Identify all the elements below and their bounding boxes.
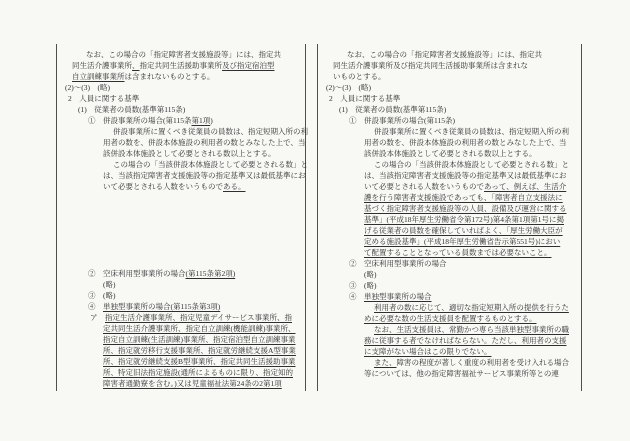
text-line: に支障がない場合はこの限りでない。 [318,346,581,357]
text-line: いて必要とされる人数をいうものであって、例えば、生活介 [318,181,581,192]
text-segment: (1) 従業者の員数(基準第115条) [78,105,185,114]
text-line: 所、特定旧法指定施設(通所によるものに限り、指定知的 [57,367,305,378]
text-line: (2)～(3) (略) [57,82,305,93]
text-segment: ア [90,313,105,322]
amended-text-segment: 所、指定就労移行支援事業所、指定就労継続支援A型事業 [103,346,296,355]
text-segment: なお、この場合の「指定障害者支援施設等」には、指定共 [347,50,542,59]
text-segment: は、当該指定障害者支援施設等の指定基準又は最低基準にお [103,171,306,180]
text-line: げる従業者の員数を確保していればよく、「厚生労働大臣が [318,225,581,236]
text-line: めに必要な数の生活支援員を配置するものとする。 [318,313,581,324]
amended-text-segment: 所、特定旧法指定施設(通所によるものに限り、指定知的 [103,368,293,377]
text-line: 等については、他の指定障害福祉サービス事業所等との連 [318,368,581,379]
text-line: 併設事業所に置くべき従業員の員数は、指定短期入所の利 [318,126,581,137]
amended-text-segment: (第115条第2項) [186,269,236,278]
text-segment: 同生活介護事業所 [72,61,132,70]
text-line: 定共同生活介護事業所、指定自立訓練(機能訓練)事業所、 [57,323,305,334]
comparison-column-right: なお、この場合の「指定障害者支援施設等」には、指定共同生活介護事業所及び指定共同… [317,44,582,391]
text-line: この場合の「当該併設本体施設として必要とされる数」と [318,159,581,170]
amended-text-segment: 障害者通勤寮を含む。)又は児童福祉法第24条の2第1項 [103,379,282,388]
text-line: ② 空床利用型事業所の場合 [318,258,581,269]
text-segment: 2 人員に関する基準 [329,94,400,103]
text-segment: は含まれないものとする。 [125,72,215,81]
text-line: 自立訓練事業所は含まれないものとする。 [57,71,305,82]
amended-text-segment: に支障がない場合はこの限りでない。 [364,347,492,356]
text-line: ④ 単独型事業所の場合 [318,291,581,302]
amended-text-segment: 所、指定就労継続支援B型事業所、指定共同生活援助事業 [103,357,296,366]
text-segment: ) [210,116,213,125]
text-line: いて必要とされる人数をいうものである。 [57,181,305,192]
text-line: て配置することとなっている員数までは必要ないこと。 [318,247,581,258]
text-line: 該併設本体施設として必要とされる数以上とする。 [57,148,305,159]
amended-text-segment: 指定自立訓練(生活訓練)事業所、指定宿泊型自立訓練事業 [103,335,296,344]
text-segment: この場合の「当該併設本体施設として必要とされる数」と [113,160,308,169]
text-segment: いて必要とされる人数をいうもので [364,182,484,191]
text-segment: 指定共同生活援助事業所 [140,61,223,70]
text-segment: 同生活介護事業所及び指定共同生活援助事業所は含まれな [333,61,528,70]
text-line: 護を行う障害者支援施設であっても、「障害者自立支援法に [318,192,581,203]
text-segment: ④ [349,292,364,301]
scanned-document-page: なお、この場合の「指定障害者支援施設等」には、指定共同生活介護事業所、指定共同生… [0,0,630,441]
text-line: 所、指定就労継続支援B型事業所、指定共同生活援助事業 [57,356,305,367]
text-line: なお、この場合の「指定障害者支援施設等」には、指定共 [57,49,305,60]
amended-text-segment: 単独型事業所の場合(第115条第3項) [103,302,220,311]
amended-text-segment: 務に従事する者でなければならない。ただし、利用者の支援 [364,336,567,345]
text-line: 同生活介護事業所及び指定共同生活援助事業所は含まれな [318,60,581,71]
text-segment: ② 空床利用型事業所の場合 [88,269,186,278]
text-line: (2)～(3) (略) [318,82,581,93]
text-line: ① 併設事業所の場合(第115条第1項) [57,115,305,126]
amended-text-segment: 指定生活介護事業所、指定児童デイサービス事業所、指 [105,313,292,322]
amended-text-segment: 第1項 [191,116,210,125]
comparison-column-left: なお、この場合の「指定障害者支援施設等」には、指定共同生活介護事業所、指定共同生… [56,44,306,391]
text-segment: ② 空床利用型事業所の場合 [349,259,447,268]
amended-text-segment: めに必要な数の生活支援員を配置するものとする。 [364,314,537,323]
text-segment: なお、この場合の「指定障害者支援施設等」には、指定共 [86,50,281,59]
text-line: ④ 単独型事業所の場合(第115条第3項) [57,301,305,312]
text-line: 指定自立訓練(生活訓練)事業所、指定宿泊型自立訓練事業 [57,334,305,345]
text-line: (1) 従業者の員数(基準第115条) [318,104,581,115]
text-segment: (略) [364,270,377,279]
amended-text-segment: 定共同生活介護事業所、指定自立訓練(機能訓練)事業所、 [103,324,296,333]
text-line: 定める施設基準」(平成18年厚生労働省告示第551号)におい [318,236,581,247]
text-line: は、当該指定障害者支援施設等の指定基準又は最低基準にお [318,170,581,181]
text-line: この場合の「当該併設本体施設として必要とされる数」と [57,159,305,170]
text-line: また、障害の程度が著しく重度の利用者を受け入れる場合 [318,357,581,368]
text-line: ③ (略) [57,290,305,301]
amended-text-segment: て配置することとなっている員数までは必要ないこと。 [364,248,552,257]
text-segment: ① 併設事業所の場合(第115条) [349,116,455,125]
text-segment: 該併設本体施設として必要とされる数以上とする。 [364,149,537,158]
text-line: ② 空床利用型事業所の場合(第115条第2項) [57,268,305,279]
text-line: 同生活介護事業所、指定共同生活援助事業所及び指定宿泊型 [57,60,305,71]
text-segment: この場合の「当該併設本体施設として必要とされる数」と [374,160,569,169]
text-segment: 等については、他の指定障害福祉サービス事業所等との連 [364,369,559,378]
amended-text-segment: ある。 [223,182,246,191]
text-segment: 併設事業所に置くべき従業員の員数は、指定短期入所の利 [113,127,308,136]
text-line: (略) [318,269,581,280]
amended-text-segment: 護を行う障害者支援施設であっても、「障害者自立支援法に [364,193,563,202]
amended-text-segment: げる従業者の員数を確保していればよく、「厚生労働大臣が [364,226,563,235]
text-segment: 併設事業所に置くべき従業員の員数は、指定短期入所の利 [374,127,569,136]
text-segment: 該併設本体施設として必要とされる数以上とする。 [103,149,276,158]
text-segment: は、当該指定障害者支援施設等の指定基準又は最低基準にお [364,171,567,180]
text-line: ③ (略) [318,280,581,291]
text-segment: 障害の程度が著しく重度の利用者を受け入れる場合 [397,358,570,367]
amended-text-segment: 利用者の数に応じて、適切な指定短期入所の提供を行うた [374,303,569,312]
text-line: 用者の数を、併設本体施設の利用者の数とみなした上で、当 [57,137,305,148]
text-segment: (2)～(3) (略) [65,83,110,92]
text-segment: (略) [103,280,116,289]
text-line: なお、生活支援員は、常勤かつ専ら当該単独型事業所の職 [318,324,581,335]
amended-text-segment: 単独型事業所の場合 [364,292,432,301]
text-line: 用者の数を、併設本体施設の利用者の数とみなした上で、当 [318,137,581,148]
amended-text-segment: 及び指定宿泊型 [222,61,275,70]
text-line: は、当該指定障害者支援施設等の指定基準又は最低基準にお [57,170,305,181]
text-line: 利用者の数に応じて、適切な指定短期入所の提供を行うた [318,302,581,313]
text-line: 障害者通勤寮を含む。)又は児童福祉法第24条の2第1項 [57,378,305,389]
text-segment: いものとする。 [333,72,386,81]
text-line: 該併設本体施設として必要とされる数以上とする。 [318,148,581,159]
text-line: (1) 従業者の員数(基準第115条) [57,104,305,115]
text-line: 2 人員に関する基準 [57,93,305,104]
text-segment: 用者の数を、併設本体施設の利用者の数とみなした上で、当 [364,138,566,147]
amended-text-segment: なお、生活支援員は、常勤かつ専ら当該単独型事業所の職 [374,325,569,334]
amended-text-segment: 基準」(平成18年厚生労働省令第172号)第4条第1項第1号に掲 [364,215,564,224]
amended-text-segment: 定める施設基準」(平成18年厚生労働省告示第551号)におい [364,237,560,246]
amended-text-segment: あって、例えば、生活介 [484,182,566,191]
text-line: (略) [57,279,305,290]
amended-text-segment: また、 [374,358,397,367]
amended-text-segment: 自立訓練事業所 [72,72,125,81]
text-segment: ① 併設事業所の場合(第115条 [88,116,191,125]
text-line: 所、指定就労移行支援事業所、指定就労継続支援A型事業 [57,345,305,356]
text-line: いものとする。 [318,71,581,82]
text-segment: いて必要とされる人数をいうもので [103,182,223,191]
text-segment: ③ (略) [88,291,116,300]
text-line: ア 指定生活介護事業所、指定児童デイサービス事業所、指 [57,312,305,323]
text-line: ① 併設事業所の場合(第115条) [318,115,581,126]
text-segment: 2 人員に関する基準 [68,94,139,103]
text-segment: (2)～(3) (略) [326,83,371,92]
text-line: 2 人員に関する基準 [318,93,581,104]
amended-text-segment: 基づく指定障害者支援施設等の人員、設備及び運営に関する [364,204,567,213]
text-line: 務に従事する者でなければならない。ただし、利用者の支援 [318,335,581,346]
text-line: 併設事業所に置くべき従業員の員数は、指定短期入所の利 [57,126,305,137]
text-line: 基準」(平成18年厚生労働省令第172号)第4条第1項第1号に掲 [318,214,581,225]
text-line: 基づく指定障害者支援施設等の人員、設備及び運営に関する [318,203,581,214]
text-segment: (1) 従業者の員数(基準第115条) [339,105,446,114]
text-segment: ④ [88,302,103,311]
amended-text-segment: 、 [132,61,140,70]
text-line: なお、この場合の「指定障害者支援施設等」には、指定共 [318,49,581,60]
text-segment: 用者の数を、併設本体施設の利用者の数とみなした上で、当 [103,138,305,147]
text-segment: ③ (略) [349,281,377,290]
